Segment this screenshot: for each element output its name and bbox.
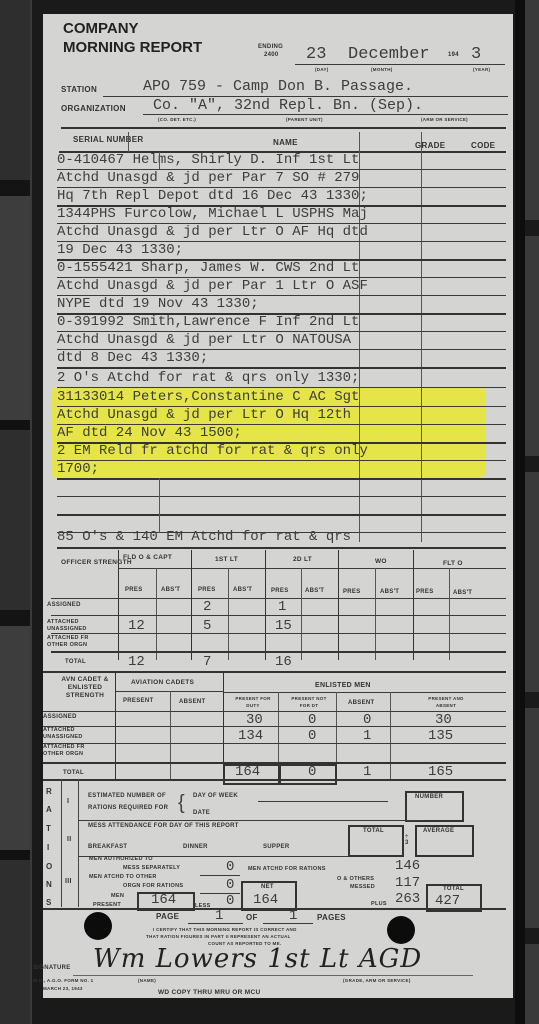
em-row-label-total: TOTAL: [63, 770, 84, 776]
form-number: W.D., A.G.O. FORM NO. 1: [33, 978, 94, 983]
report-day: 23: [306, 45, 326, 64]
grp-wo: WO: [375, 558, 387, 565]
ration-total-value: 427: [435, 893, 460, 909]
aviation-cadets-group: AVIATION CADETS: [131, 679, 194, 686]
form-title-line2: MORNING REPORT: [63, 39, 202, 56]
signature-label: SIGNATURE: [33, 965, 71, 971]
officer-strength-title: OFFICER STRENGTH: [61, 559, 132, 566]
form-date: MARCH 23, 1943: [43, 986, 83, 991]
org-caption-arm: (ARM OR SERVICE): [421, 117, 468, 122]
punch-hole-left: [84, 912, 112, 940]
men-atchd-for-rations: 146: [395, 858, 420, 874]
ending-time-label: 2400: [264, 52, 279, 58]
off-attached-1stlt-pres: 5: [203, 618, 211, 634]
entry-line: 2 EM Reld fr atchd for rat & qrs only: [57, 443, 368, 459]
row-label-assigned: ASSIGNED: [47, 602, 81, 608]
em-row-label-assigned: ASSIGNED: [43, 714, 77, 720]
certification-line1: I CERTIFY THAT THIS MORNING REPORT IS CO…: [153, 927, 297, 932]
col-grade: GRADE: [415, 141, 445, 150]
ending-label: ENDING: [258, 44, 283, 50]
entry-line: 19 Dec 43 1330;: [57, 242, 183, 258]
station-label: STATION: [61, 85, 97, 94]
scan-border-left: [0, 0, 32, 1024]
off-attached-fld-pres: 12: [128, 618, 145, 634]
entry-line: dtd 8 Dec 43 1330;: [57, 350, 208, 366]
off-attached-2dlt-pres: 15: [275, 618, 292, 634]
em-total-total: 165: [428, 764, 453, 780]
row-label-attached-other: ATTACHED FR OTHER ORGN: [47, 635, 107, 649]
off-assigned-2dlt-pres: 1: [278, 599, 286, 615]
em-total-pfd: 164: [235, 764, 260, 780]
page-number: 1: [215, 908, 223, 924]
col-serial-number: SERIAL NUMBER: [73, 135, 143, 144]
less-value: 0: [226, 893, 234, 909]
org-caption-parent: (PARENT UNIT): [286, 117, 323, 122]
signature-value: Wm Lowers 1st Lt AGD: [93, 944, 422, 974]
entry-line: 0-391992 Smith,Lawrence F Inf 2nd Lt: [57, 314, 359, 330]
year-prefix: 194: [448, 52, 459, 58]
entry-line: Atchd Unasgd & jd per Par 7 SO # 279: [57, 170, 359, 186]
entry-line: 0-1555421 Sharp, James W. CWS 2nd Lt: [57, 260, 359, 276]
punch-hole-right: [387, 916, 415, 944]
organization-value: Co. "A", 32nd Repl. Bn. (Sep).: [153, 97, 423, 114]
em-assigned-total: 30: [435, 712, 452, 728]
plus-value: 263: [395, 891, 420, 907]
em-row-label-attached-unassigned: ATTACHED UNASSIGNED: [43, 727, 105, 741]
organization-underline: [143, 114, 508, 115]
off-assigned-1stlt-pres: 2: [203, 599, 211, 615]
page-label: PAGE: [156, 912, 179, 921]
entry-line: 1700;: [57, 461, 99, 477]
name-caption: (NAME): [138, 978, 156, 983]
net-value: 164: [253, 892, 278, 908]
report-month: December: [348, 45, 430, 64]
em-assigned-absent: 0: [363, 712, 371, 728]
off-total-fld-pres: 12: [128, 654, 145, 670]
entry-line: Atchd Unasgd & jd per Ltr O AF Hq dtd: [57, 224, 368, 240]
entry-line: Atchd Unasgd & jd per Ltr O Hq 12th: [57, 407, 351, 423]
day-caption: (DAY): [315, 67, 329, 72]
morning-report-card: COMPANY MORNING REPORT ENDING 2400 23 De…: [43, 14, 513, 998]
copy-routing-note: WD COPY THRU MRU OR MCU: [158, 989, 260, 996]
em-attached-absent: 1: [363, 728, 371, 744]
em-assigned-pfd: 30: [246, 712, 263, 728]
total-pages: 1: [289, 908, 297, 924]
grp-flt-o: FLT O: [443, 560, 463, 567]
grp-2d-lt: 2D LT: [293, 556, 312, 563]
off-total-2dlt-pres: 16: [275, 654, 292, 670]
entry-line: Atchd Unasgd & jd per Par 1 Ltr O ASF: [57, 278, 368, 294]
certification-line2: THAT RATION FIGURES IN PART II REPRESENT…: [146, 934, 291, 939]
grade-caption: (GRADE, ARM OR SERVICE): [343, 978, 411, 983]
org-caption-unit: (CO. DET. ETC.): [158, 117, 196, 122]
col-divider: [159, 478, 160, 533]
enlisted-men-group: ENLISTED MEN: [315, 682, 371, 689]
entry-line: 2 O's Atchd for rat & qrs only 1330;: [57, 370, 359, 386]
report-year: 3: [471, 45, 481, 64]
entry-line: Atchd Unasgd & jd per Ltr O NATOUSA: [57, 332, 351, 348]
form-title-line1: COMPANY: [63, 20, 139, 37]
entry-line: NYPE dtd 19 Nov 43 1330;: [57, 296, 259, 312]
of-label: OF: [246, 913, 258, 922]
entry-line: AF dtd 24 Nov 43 1500;: [57, 425, 242, 441]
em-assigned-pnfd: 0: [308, 712, 316, 728]
em-row-label-attached-other: ATTACHED FR OTHER ORGN: [43, 744, 105, 758]
entry-line: 31133014 Peters,Constantine C AC Sgt: [57, 389, 359, 405]
station-value: APO 759 - Camp Don B. Passage.: [143, 78, 413, 95]
grp-1st-lt: 1ST LT: [215, 556, 238, 563]
em-total-absent: 1: [363, 764, 371, 780]
row-label-total: TOTAL: [65, 659, 86, 665]
col-divider: [159, 152, 160, 169]
enlisted-strength-title: AVN CADET & ENLISTED STRENGTH: [57, 676, 113, 700]
header-divider: [61, 127, 506, 129]
col-divider: [128, 132, 129, 152]
em-attached-total: 135: [428, 728, 453, 744]
month-caption: (MONTH): [371, 67, 393, 72]
em-attached-pfd: 134: [238, 728, 263, 744]
off-total-1stlt-pres: 7: [203, 654, 211, 670]
entry-line: Hq 7th Repl Depot dtd 16 Dec 43 1330;: [57, 188, 368, 204]
men-present-value: 164: [151, 892, 176, 908]
col-name: NAME: [273, 138, 298, 147]
entry-line: 1344PHS Furcolow, Michael L USPHS Maj: [57, 206, 368, 222]
entry-line: 0-410467 Helms, Shirly D. Inf 1st Lt: [57, 152, 359, 168]
em-total-pnfd: 0: [308, 764, 316, 780]
pages-label: PAGES: [317, 913, 346, 922]
organization-label: ORGANIZATION: [61, 104, 126, 113]
col-divider: [421, 132, 422, 542]
year-caption: (YEAR): [473, 67, 490, 72]
col-code: CODE: [471, 141, 495, 150]
row-label-attached-unassigned: ATTACHED UNASSIGNED: [47, 619, 107, 633]
scan-border-right: [515, 0, 539, 1024]
men-auth-mess-separately: 0: [226, 859, 234, 875]
others-messed-value: 117: [395, 875, 420, 891]
em-attached-pnfd: 0: [308, 728, 316, 744]
date-underline: [295, 64, 505, 65]
grp-fld-capt: FLD O & CAPT: [123, 554, 172, 561]
summary-line: 85 O's & 140 EM Atchd for rat & qrs: [57, 529, 351, 545]
men-atchd-other-orgn: 0: [226, 877, 234, 893]
